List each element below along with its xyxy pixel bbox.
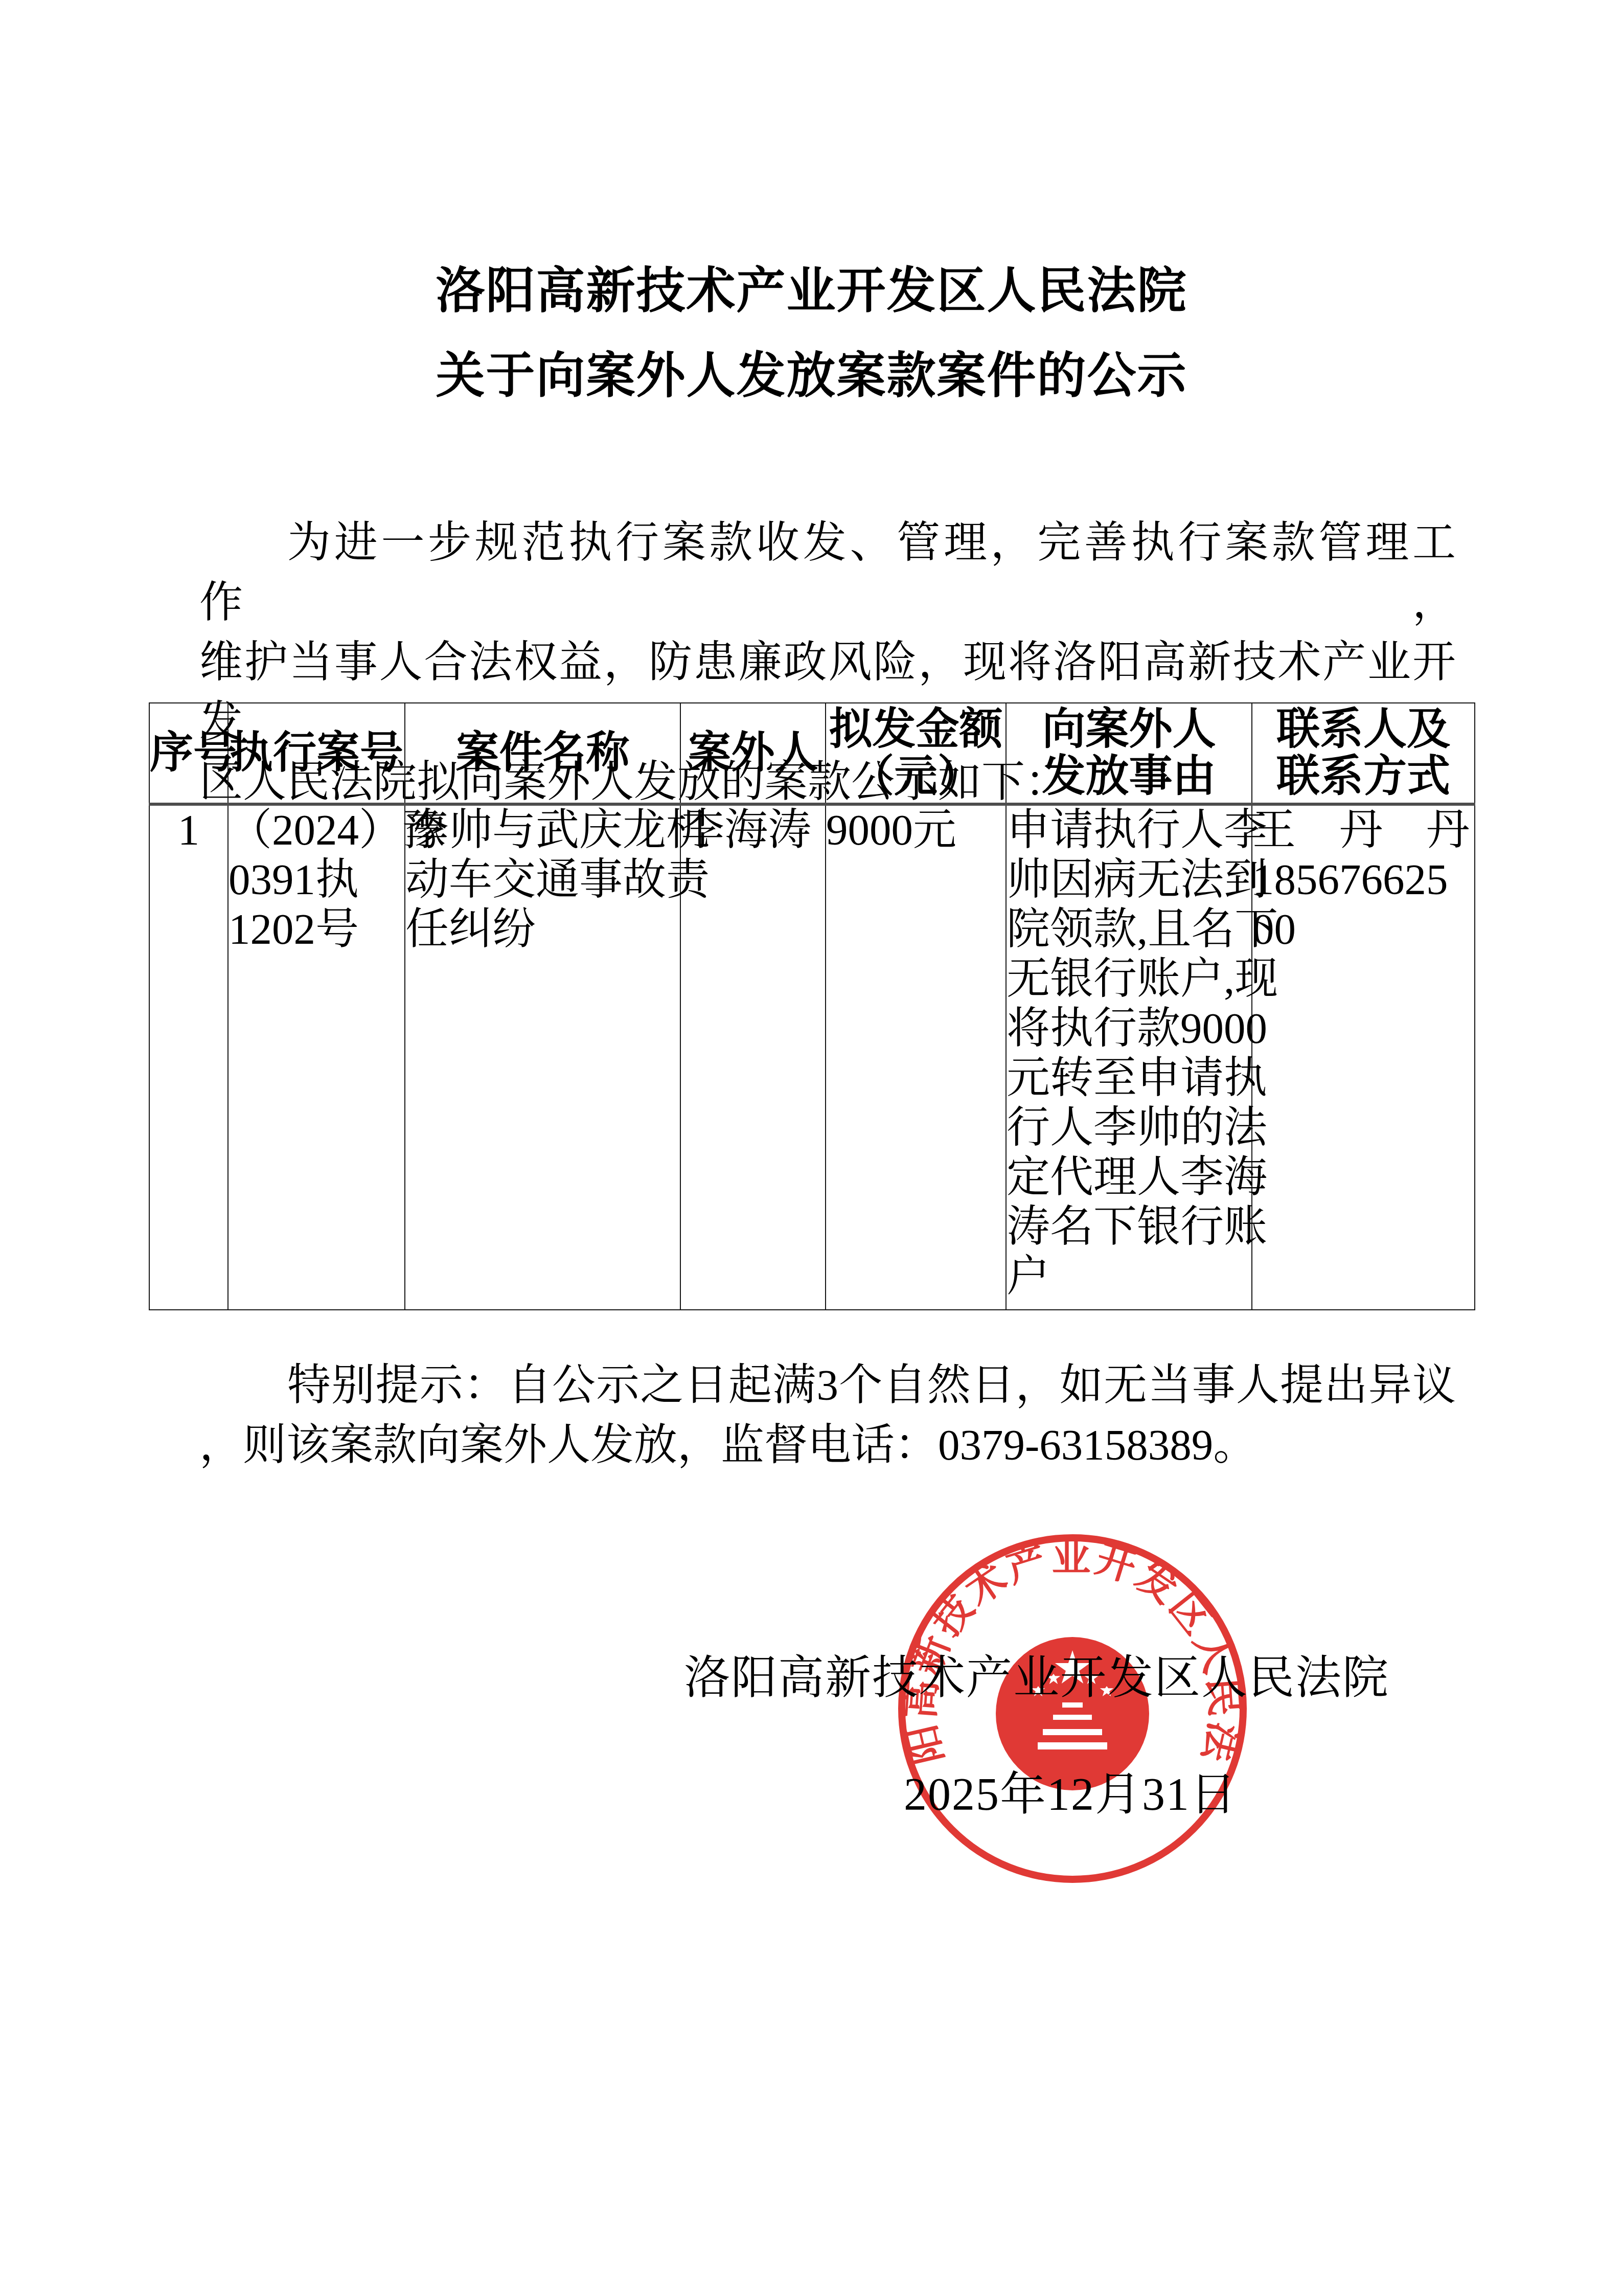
- notice-line-2: ，则该案款向案外人发放，监督电话：0379-63158389。: [199, 1416, 1456, 1475]
- cell-reason: 申请执行人李 帅因病无法到 院领款,且名下 无银行账户,现 将执行款9000 元…: [1006, 804, 1252, 1310]
- header-case-no: 执行案号: [228, 703, 405, 804]
- header-reason: 向案外人 发放事由: [1006, 703, 1252, 804]
- official-court-seal: 洛阳高新技术产业开发区人民法院: [894, 1530, 1251, 1888]
- intro-line-1: 为进一步规范执行案款收发、管理，完善执行案款管理工作，: [199, 513, 1456, 633]
- cell-case-name: 李帅与武庆龙机 动车交通事故责 任纠纷: [405, 804, 680, 1310]
- signature-date: 2025年12月31日: [904, 1757, 1237, 1823]
- cell-seq: 1: [149, 804, 228, 1310]
- header-case-name: 案件名称: [405, 703, 680, 804]
- cell-contact: 王 丹 丹 185676625 00: [1252, 804, 1475, 1310]
- header-amount: 拟发金额 （元）: [826, 703, 1006, 804]
- special-notice-paragraph: 特别提示：自公示之日起满3个自然日，如无当事人提出异议 ，则该案款向案外人发放，…: [199, 1356, 1456, 1475]
- signature-court-name: 洛阳高新技术产业开发区人民法院: [684, 1640, 1389, 1707]
- table-row: 1 （2024）豫 0391执 1202号 李帅与武庆龙机 动车交通事故责 任纠…: [149, 804, 1475, 1310]
- document-title-subject: 关于向案外人发放案款案件的公示: [0, 336, 1623, 406]
- header-contact: 联系人及 联系方式: [1252, 703, 1475, 804]
- header-seq: 序号: [149, 703, 228, 804]
- cell-case-no: （2024）豫 0391执 1202号: [228, 804, 405, 1310]
- notice-line-1: 特别提示：自公示之日起满3个自然日，如无当事人提出异议: [199, 1356, 1456, 1416]
- table-header-row: 序号 执行案号 案件名称 案外人 拟发金额 （元） 向案外人 发放事由 联系人及…: [149, 703, 1475, 804]
- document-title-court-name: 洛阳高新技术产业开发区人民法院: [0, 252, 1623, 322]
- header-outsider: 案外人: [680, 703, 826, 804]
- case-funds-table: 序号 执行案号 案件名称 案外人 拟发金额 （元） 向案外人 发放事由 联系人及…: [149, 702, 1475, 1310]
- court-announcement-page: { "title": { "line1": "洛阳高新技术产业开发区人民法院",…: [0, 0, 1623, 2296]
- cell-amount: 9000元: [826, 804, 1006, 1310]
